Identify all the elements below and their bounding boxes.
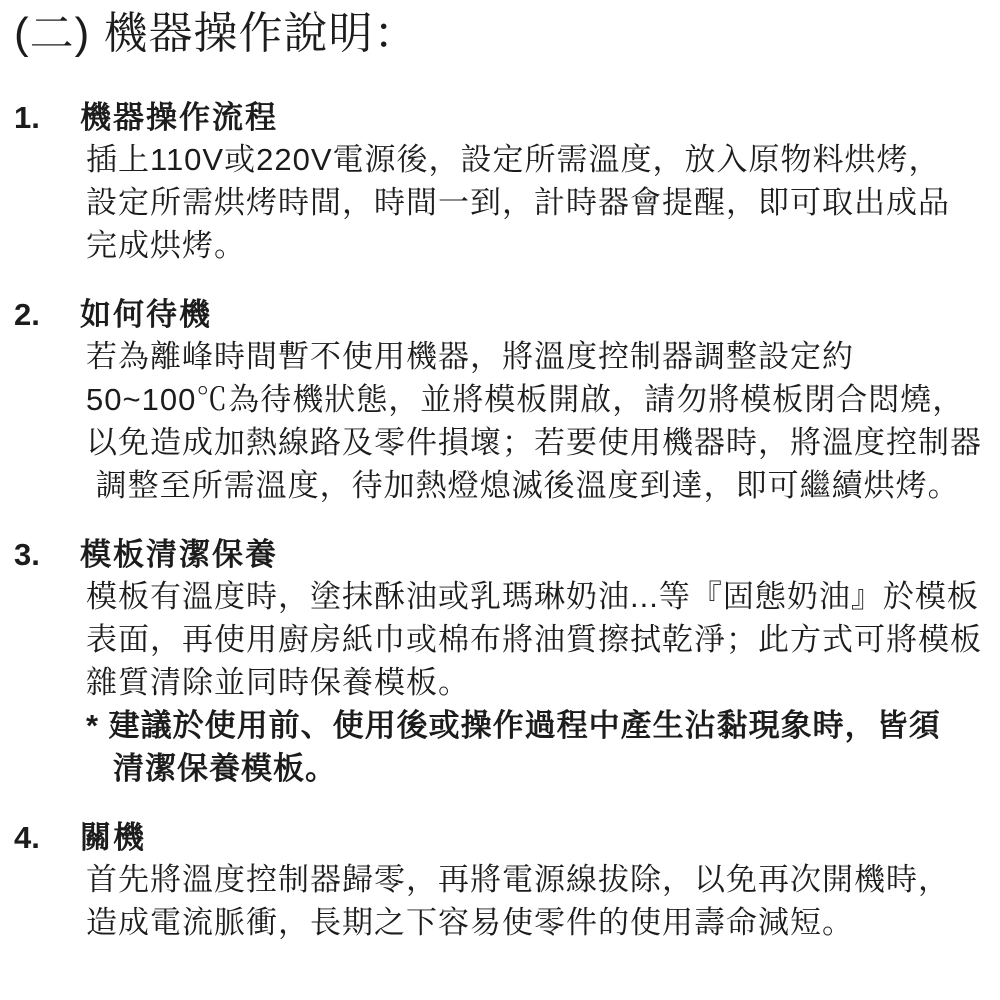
text-line: 以免造成加熱線路及零件損壞；若要使用機器時，將溫度控制器	[86, 421, 982, 464]
section-content: 模板清潔保養 模板有溫度時，塗抹酥油或乳瑪琳奶油...等『固態奶油』於模板 表面…	[80, 535, 982, 790]
section-number: 3.	[14, 535, 80, 575]
section-operation-flow: 1. 機器操作流程 插上110V或220V電源後，設定所需溫度，放入原物料烘烤，…	[14, 98, 982, 267]
text-line: 若為離峰時間暫不使用機器，將溫度控制器調整設定約	[86, 335, 982, 378]
document-page: (二) 機器操作說明： 1. 機器操作流程 插上110V或220V電源後，設定所…	[0, 0, 1000, 1000]
section-content: 如何待機 若為離峰時間暫不使用機器，將溫度控制器調整設定約 50~100℃為待機…	[80, 295, 982, 507]
section-template-cleaning: 3. 模板清潔保養 模板有溫度時，塗抹酥油或乳瑪琳奶油...等『固態奶油』於模板…	[14, 535, 982, 790]
text-line: 調整至所需溫度，待加熱燈熄滅後溫度到達，即可繼續烘烤。	[86, 464, 982, 507]
text-line: 首先將溫度控制器歸零，再將電源線拔除，以免再次開機時，	[86, 858, 982, 901]
cleaning-reminder-note: * 建議於使用前、使用後或操作過程中產生沾黏現象時，皆須 清潔保養模板。	[86, 704, 982, 790]
section-body: 插上110V或220V電源後，設定所需溫度，放入原物料烘烤， 設定所需烘烤時間，…	[80, 138, 982, 267]
text-line: 50~100℃為待機狀態，並將模板開啟，請勿將模板閉合悶燒，	[86, 378, 982, 421]
section-body: 模板有溫度時，塗抹酥油或乳瑪琳奶油...等『固態奶油』於模板 表面，再使用廚房紙…	[80, 575, 982, 790]
section-content: 機器操作流程 插上110V或220V電源後，設定所需溫度，放入原物料烘烤， 設定…	[80, 98, 982, 267]
section-body: 若為離峰時間暫不使用機器，將溫度控制器調整設定約 50~100℃為待機狀態，並將…	[80, 335, 982, 507]
section-heading: 模板清潔保養	[80, 535, 982, 575]
section-shutdown: 4. 關機 首先將溫度控制器歸零，再將電源線拔除，以免再次開機時， 造成電流脈衝…	[14, 818, 982, 944]
section-number: 2.	[14, 295, 80, 335]
section-standby: 2. 如何待機 若為離峰時間暫不使用機器，將溫度控制器調整設定約 50~100℃…	[14, 295, 982, 507]
text-line: 造成電流脈衝，長期之下容易使零件的使用壽命減短。	[86, 901, 982, 944]
section-heading: 機器操作流程	[80, 98, 982, 138]
section-number: 1.	[14, 98, 80, 138]
text-line: 完成烘烤。	[86, 224, 982, 267]
section-heading: 關機	[80, 818, 982, 858]
text-line: 雜質清除並同時保養模板。	[86, 661, 982, 704]
text-line: 表面，再使用廚房紙巾或棉布將油質擦拭乾淨；此方式可將模板	[86, 618, 982, 661]
text-line: 插上110V或220V電源後，設定所需溫度，放入原物料烘烤，	[86, 138, 982, 181]
note-line: 清潔保養模板。	[86, 747, 982, 790]
note-line: * 建議於使用前、使用後或操作過程中產生沾黏現象時，皆須	[86, 704, 982, 747]
text-line: 設定所需烘烤時間，時間一到，計時器會提醒，即可取出成品	[86, 181, 982, 224]
text-line: 模板有溫度時，塗抹酥油或乳瑪琳奶油...等『固態奶油』於模板	[86, 575, 982, 618]
section-body: 首先將溫度控制器歸零，再將電源線拔除，以免再次開機時， 造成電流脈衝，長期之下容…	[80, 858, 982, 944]
page-title: (二) 機器操作說明：	[14, 8, 982, 60]
section-number: 4.	[14, 818, 80, 858]
section-heading: 如何待機	[80, 295, 982, 335]
section-content: 關機 首先將溫度控制器歸零，再將電源線拔除，以免再次開機時， 造成電流脈衝，長期…	[80, 818, 982, 944]
